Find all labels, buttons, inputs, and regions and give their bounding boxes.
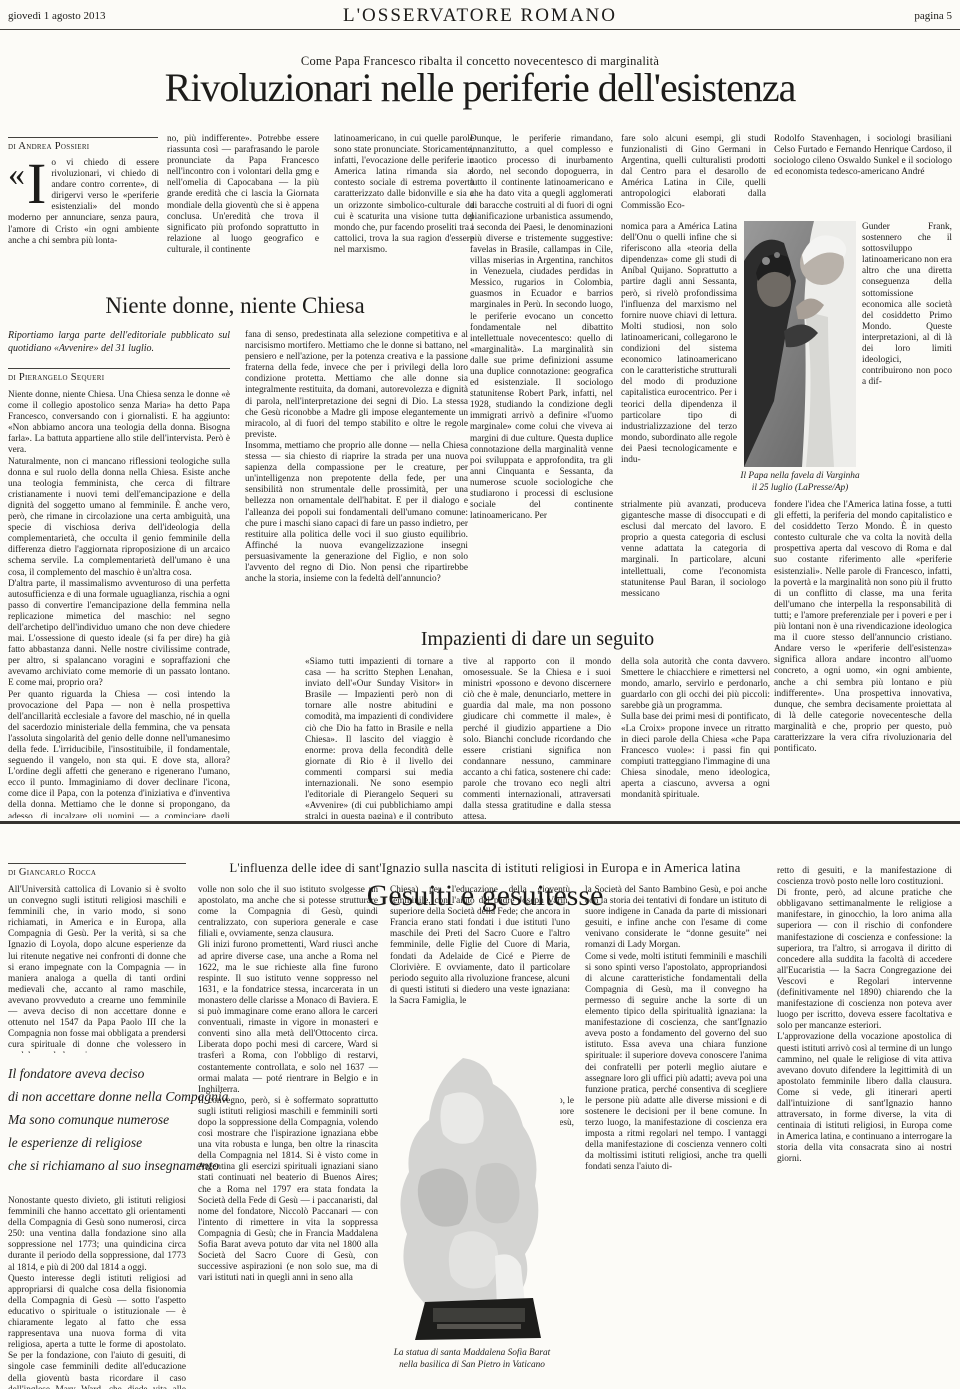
jesuit-kicker: L'influenza delle idee di sant'Ignazio s…: [110, 861, 860, 876]
lead-col-5b: nomica para a América Latina dell'Onu o …: [621, 222, 737, 468]
lead-col-4: Dunque, le periferie rimandano, innanzit…: [470, 134, 613, 626]
header-rule: [0, 29, 960, 30]
editorial-byline: di Pierangelo Sequeri: [8, 372, 104, 383]
lead-headline: Rivoluzionari nelle periferie dell'esist…: [0, 66, 960, 110]
pope-photo-caption: Il Papa nella favela di Varginha il 25 l…: [714, 471, 886, 494]
lead-col-3: latinoamericano, in cui quelle parole so…: [334, 134, 474, 252]
jesuit-col-4: la Società del Santo Bambino Gesù, e poi…: [585, 885, 767, 1389]
press-review-col-3: della sola autorità che conta davvero. S…: [621, 657, 770, 819]
lead-col-6a: Rodolfo Stavenhagen, i sociologi brasili…: [774, 134, 952, 220]
editorial-headline: Niente donne, niente Chiesa: [0, 293, 470, 319]
dropcap: «I: [8, 160, 46, 208]
lead-col-6c: fondere l'idea che l'America latina foss…: [774, 500, 952, 820]
page-number: pagina 5: [914, 10, 952, 22]
jesuit-byline: di Giancarlo Rocca: [8, 867, 96, 878]
editorial-col-1: Niente donne, niente Chiesa. Una Chiesa …: [8, 390, 230, 818]
jesuit-col-5: retto di gesuiti, e la manifestazione di…: [777, 866, 952, 1389]
press-review-headline: Impazienti di dare un seguito: [305, 628, 770, 651]
byline-rule: [8, 137, 158, 138]
statue-caption: La statua di santa Maddalena Sofia Barat…: [368, 1348, 576, 1371]
jesuit-byline-rule: [8, 863, 186, 864]
press-review-col-2: tive al rapporto con il mondo omosessual…: [463, 657, 611, 819]
lead-col-5a: fare solo alcuni esempi, gli studi funzi…: [621, 134, 766, 220]
jesuit-col-1b: Nonostante questo divieto, gli istituti …: [8, 1196, 186, 1389]
dropcap-letter: I: [27, 160, 46, 208]
lead-col-6b: Gunder Frank, sostennero che il sottosvi…: [862, 222, 952, 468]
statue-photo: [385, 1056, 560, 1346]
jesuit-col-3a: Chiesa) per l'educazione della gioventù …: [390, 885, 570, 1055]
jesuit-col-2: volle non solo che il suo istituto svolg…: [198, 885, 378, 1389]
lead-col-5c: strialmente più avanzati, produceva giga…: [621, 500, 766, 626]
jesuit-col-1a: All'Università cattolica di Lovanio si è…: [8, 885, 186, 1053]
lead-byline: di Andrea Possieri: [8, 141, 89, 152]
section-divider: [0, 821, 960, 824]
lead-col-2: no, più indifferente». Potrebbe essere r…: [167, 134, 319, 278]
masthead: L'OSSERVATORE ROMANO: [0, 5, 960, 27]
press-review-col-1: «Siamo tutti impazienti di tornare a cas…: [305, 657, 453, 819]
editorial-col-2: fana di senso, predestinata alla selezio…: [245, 330, 468, 642]
dropcap-quote: «: [8, 160, 25, 190]
editorial-byline-rule: [8, 368, 230, 369]
editorial-intro: Riportiamo larga parte dell'editoriale p…: [8, 330, 230, 356]
pope-favela-photo: [744, 221, 856, 467]
lead-col-1: «Io vi chiedo di essere rivoluzionari, v…: [8, 158, 159, 276]
newspaper-page: giovedì 1 agosto 2013 L'OSSERVATORE ROMA…: [0, 0, 960, 1389]
